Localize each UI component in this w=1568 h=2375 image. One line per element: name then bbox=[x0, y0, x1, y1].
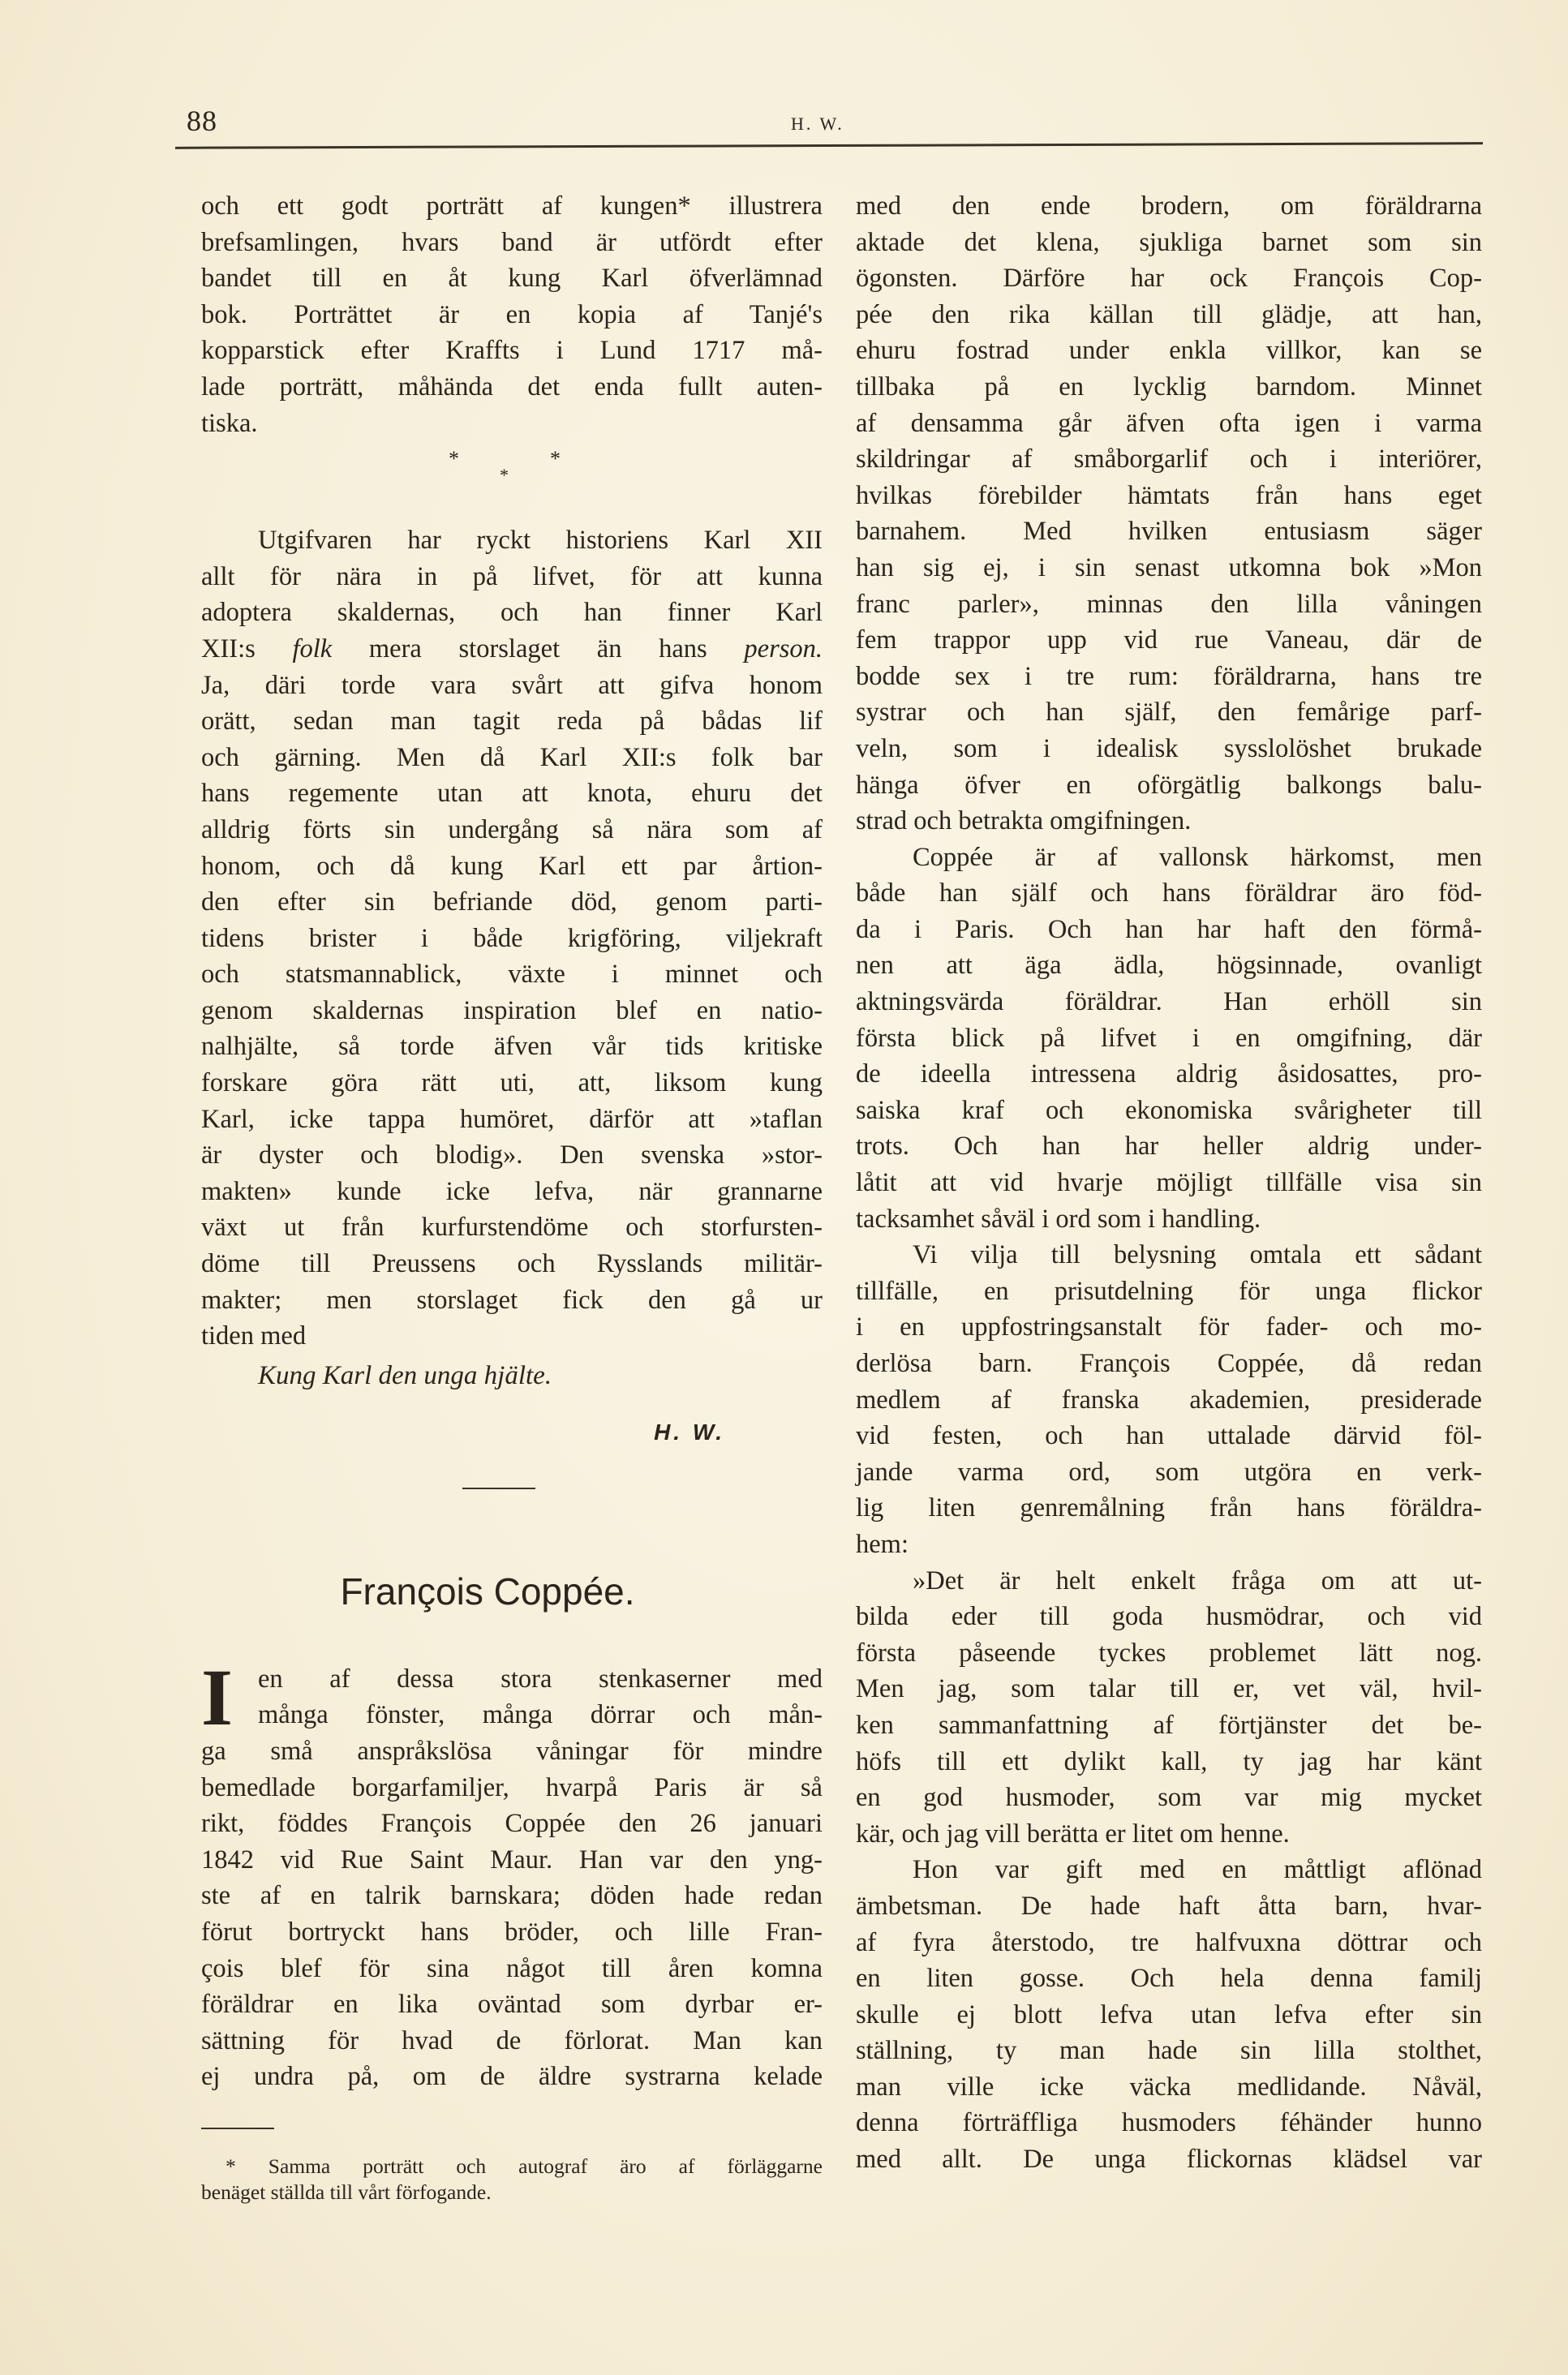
text-line: saiska kraf och ekonomiska svårigheter t… bbox=[856, 1093, 1482, 1129]
text-line: tidens brister i både krigföring, viljek… bbox=[201, 921, 823, 957]
text-line: makten» kunde icke lefva, när grannarne bbox=[201, 1174, 823, 1210]
text-line: kopparstick efter Kraffts i Lund 1717 må… bbox=[201, 333, 823, 369]
text-line: franc parler», minnas den lilla våningen bbox=[856, 586, 1482, 623]
text-line: systrar och han själf, den femårige parf… bbox=[856, 694, 1482, 731]
text-line: Coppée är af vallonsk härkomst, men bbox=[856, 840, 1482, 876]
text-line-with-italics: XII:s folk mera storslaget än hans perso… bbox=[201, 631, 823, 668]
text-line: föräldrar en lika oväntad som dyrbar er- bbox=[201, 1986, 823, 2023]
section-divider bbox=[462, 1488, 535, 1489]
asterisk-icon: * bbox=[550, 441, 561, 478]
footnote-rule bbox=[201, 2128, 274, 2129]
text-line: man ville icke väcka medlidande. Nåväl, bbox=[856, 2069, 1482, 2106]
text-line: Hon var gift med en måttligt aflönad bbox=[856, 1852, 1482, 1888]
text-line: veln, som i idealisk sysslolöshet brukad… bbox=[856, 731, 1482, 767]
text-line: allt för nära in på lifvet, för att kunn… bbox=[201, 559, 823, 595]
text-line: tacksamhet såväl i ord som i handling. bbox=[856, 1201, 1482, 1238]
right-column: med den ende brodern, om föräldrarna akt… bbox=[856, 188, 1482, 2178]
text-line: strad och betrakta omgifningen. bbox=[856, 803, 1482, 840]
text-line: af fyra återstodo, tre halfvuxna döttrar… bbox=[856, 1925, 1482, 1961]
text-line: bok. Porträttet är en kopia af Tanjé's bbox=[201, 297, 823, 333]
text-line: lade porträtt, måhända det enda fullt au… bbox=[201, 369, 823, 406]
text-line: ögonsten. Därföre har ock François Cop- bbox=[856, 260, 1482, 297]
text-line: trots. Och han har heller aldrig under- bbox=[856, 1128, 1482, 1165]
text-line: växt ut från kurfurstendöme och storfurs… bbox=[201, 1209, 823, 1246]
text-line: de ideella intressena aldrig åsidosattes… bbox=[856, 1056, 1482, 1093]
text-line: derlösa barn. François Coppée, då redan bbox=[856, 1346, 1482, 1382]
text-line: tiden med bbox=[201, 1318, 823, 1355]
text-line: pée den rika källan till glädje, att han… bbox=[856, 297, 1482, 333]
text-line: en god husmoder, som var mig mycket bbox=[856, 1780, 1482, 1816]
text-line: adoptera skaldernas, och han finner Karl bbox=[201, 595, 823, 631]
paragraph-karl-xii: Utgifvaren har ryckt historiens Karl XII… bbox=[201, 522, 823, 1355]
text-line: ej undra på, om de äldre systrarna kelad… bbox=[201, 2059, 823, 2095]
article-title: François Coppée. bbox=[201, 1574, 823, 1630]
asterisk-icon: * bbox=[449, 441, 459, 478]
paragraph-portrait: och ett godt porträtt af kungen* illustr… bbox=[201, 188, 823, 441]
text-line: skildringar af småborgarlif och i interi… bbox=[856, 441, 1482, 478]
text-line: tiska. bbox=[201, 406, 823, 442]
text-line: Ja, däri torde vara svårt att gifva hono… bbox=[201, 668, 823, 704]
text-line: ste af en talrik barnskara; döden hade r… bbox=[201, 1878, 823, 1914]
text-line: med den ende brodern, om föräldrarna bbox=[856, 188, 1482, 225]
text-line: nalhjälte, så torde äfven vår tids kriti… bbox=[201, 1029, 823, 1065]
footnote: * Samma porträtt och autograf äro af för… bbox=[201, 2154, 823, 2205]
asterisk-icon: * bbox=[500, 457, 509, 494]
text-line: den efter sin befriande död, genom parti… bbox=[201, 884, 823, 921]
text-line: låtit att vid hvarje möjligt tillfälle v… bbox=[856, 1165, 1482, 1201]
text-line: bandet till en åt kung Karl öfverlämnad bbox=[201, 260, 823, 297]
text-line: ken sammanfattning af förtjänster det be… bbox=[856, 1707, 1482, 1744]
article-opening: I en af dessa stora stenkaserner med mån… bbox=[201, 1661, 823, 2095]
text-line: vid festen, och han uttalade därvid föl- bbox=[856, 1418, 1482, 1454]
asterism: * * * bbox=[201, 441, 823, 522]
text-line: en liten gosse. Och hela denna familj bbox=[856, 1961, 1482, 1997]
text-line: »Det är helt enkelt fråga om att ut- bbox=[856, 1563, 1482, 1600]
text-line: alldrig förts sin undergång så nära som … bbox=[201, 812, 823, 848]
text-line: döme till Preussens och Rysslands militä… bbox=[201, 1246, 823, 1282]
book-page: 88 H. W. och ett godt porträtt af kungen… bbox=[0, 0, 1568, 2375]
italic-emphasis: person. bbox=[744, 634, 823, 664]
text-line: aktade det klena, sjukliga barnet som si… bbox=[856, 225, 1482, 261]
text-line: bodde sex i tre rum: föräldrarna, hans t… bbox=[856, 659, 1482, 695]
text-line: brefsamlingen, hvars band är utfördt eft… bbox=[201, 225, 823, 261]
text-line: orätt, sedan man tagit reda på bådas lif bbox=[201, 703, 823, 740]
text-line: genom skaldernas inspiration blef en nat… bbox=[201, 993, 823, 1029]
text-line: och gärning. Men då Karl XII:s folk bar bbox=[201, 740, 823, 776]
text-line: förut bortryckt hans bröder, och lille F… bbox=[201, 1914, 823, 1951]
text-line: barnahem. Med hvilken entusiasm säger bbox=[856, 513, 1482, 550]
text-line: tillfälle, en prisutdelning för unga fli… bbox=[856, 1273, 1482, 1310]
text-line: sättning för hvad de förlorat. Man kan bbox=[201, 2023, 823, 2059]
text-line: ga små anspråkslösa våningar för mindre bbox=[201, 1733, 823, 1770]
text-line: tillbaka på en lycklig barndom. Minnet bbox=[856, 369, 1482, 406]
text-line: hem: bbox=[856, 1527, 1482, 1563]
text-line: medlem af franska akademien, presiderade bbox=[856, 1382, 1482, 1419]
page-number: 88 bbox=[187, 104, 217, 138]
text-line: 1842 vid Rue Saint Maur. Han var den yng… bbox=[201, 1842, 823, 1879]
text-line: aktningsvärda föräldrar. Han erhöll sin bbox=[856, 984, 1482, 1020]
drop-cap: I bbox=[201, 1663, 233, 1733]
text-line: af densamma går äfven ofta igen i varma bbox=[856, 406, 1482, 442]
text-line: höfs till ett dylikt kall, ty jag har kä… bbox=[856, 1744, 1482, 1780]
text-line: ämbetsman. De hade haft åtta barn, hvar- bbox=[856, 1888, 1482, 1925]
text-line: honom, och då kung Karl ett par årtion- bbox=[201, 848, 823, 885]
text-line: bemedlade borgarfamiljer, hvarpå Paris ä… bbox=[201, 1770, 823, 1806]
text-line: rikt, föddes François Coppée den 26 janu… bbox=[201, 1806, 823, 1842]
author-signature: H. W. bbox=[201, 1415, 823, 1463]
text-line: fem trappor upp vid rue Vaneau, där de bbox=[856, 622, 1482, 659]
text-line: en af dessa stora stenkaserner med bbox=[201, 1661, 823, 1698]
text-line: han sig ej, i sin senast utkomna bok »Mo… bbox=[856, 550, 1482, 586]
text-line: är dyster och blodig». Den svenska »stor… bbox=[201, 1137, 823, 1174]
text-line: Men jag, som talar till er, vet väl, hvi… bbox=[856, 1671, 1482, 1707]
text-line: hänga öfver en oförgätlig balkongs balu- bbox=[856, 767, 1482, 804]
text-line: med allt. De unga flickornas klädsel var bbox=[856, 2141, 1482, 2178]
text-line: många fönster, många dörrar och mån- bbox=[201, 1697, 823, 1733]
text-line: kär, och jag vill berätta er litet om he… bbox=[856, 1816, 1482, 1853]
text-line: skulle ej blott lefva utan lefva efter s… bbox=[856, 1997, 1482, 2034]
text-line: hvilkas förebilder hämtats från hans ege… bbox=[856, 478, 1482, 514]
text-line: Karl, icke tappa humöret, därför att »ta… bbox=[201, 1102, 823, 1138]
footnote-line: benäget ställda till vårt förfogande. bbox=[201, 2180, 823, 2205]
left-column: och ett godt porträtt af kungen* illustr… bbox=[201, 188, 823, 2205]
text-line: bilda eder till goda husmödrar, och vid bbox=[856, 1599, 1482, 1635]
text-line: ställning, ty man hade sin lilla stolthe… bbox=[856, 2033, 1482, 2069]
text-line: och statsmannablick, växte i minnet och bbox=[201, 956, 823, 993]
text-line: makter; men storslaget fick den gå ur bbox=[201, 1282, 823, 1319]
text-line: och ett godt porträtt af kungen* illustr… bbox=[201, 188, 823, 225]
footnote-line: * Samma porträtt och autograf äro af för… bbox=[201, 2154, 823, 2180]
text-line: denna förträffliga husmoders féhänder hu… bbox=[856, 2105, 1482, 2141]
text-line: i en uppfostringsanstalt för fader- och … bbox=[856, 1309, 1482, 1346]
text-line: första blick på lifvet i en omgifning, d… bbox=[856, 1020, 1482, 1057]
text-line: både han själf och hans föräldrar äro fö… bbox=[856, 875, 1482, 912]
text-line: lig liten genremålning från hans föräldr… bbox=[856, 1490, 1482, 1527]
running-head: H. W. bbox=[791, 114, 844, 135]
text-line: çois blef för sina något till åren komna bbox=[201, 1951, 823, 1987]
text-line: jande varma ord, som utgöra en verk- bbox=[856, 1454, 1482, 1491]
text-line: da i Paris. Och han har haft den förmå- bbox=[856, 912, 1482, 948]
text-line: ehuru fostrad under enkla villkor, kan s… bbox=[856, 333, 1482, 369]
text-line: Vi vilja till belysning omtala ett sådan… bbox=[856, 1237, 1482, 1273]
text-line: hans regemente utan att knota, ehuru det bbox=[201, 775, 823, 812]
text-line: första påseende tyckes problemet lätt no… bbox=[856, 1635, 1482, 1672]
text-line: Utgifvaren har ryckt historiens Karl XII bbox=[201, 522, 823, 559]
text-line: nen att äga ädla, högsinnade, ovanligt bbox=[856, 947, 1482, 984]
italic-emphasis: folk bbox=[292, 634, 332, 664]
text-line: forskare göra rätt uti, att, liksom kung bbox=[201, 1065, 823, 1102]
verse-quote: Kung Karl den unga hjälte. bbox=[201, 1358, 823, 1398]
